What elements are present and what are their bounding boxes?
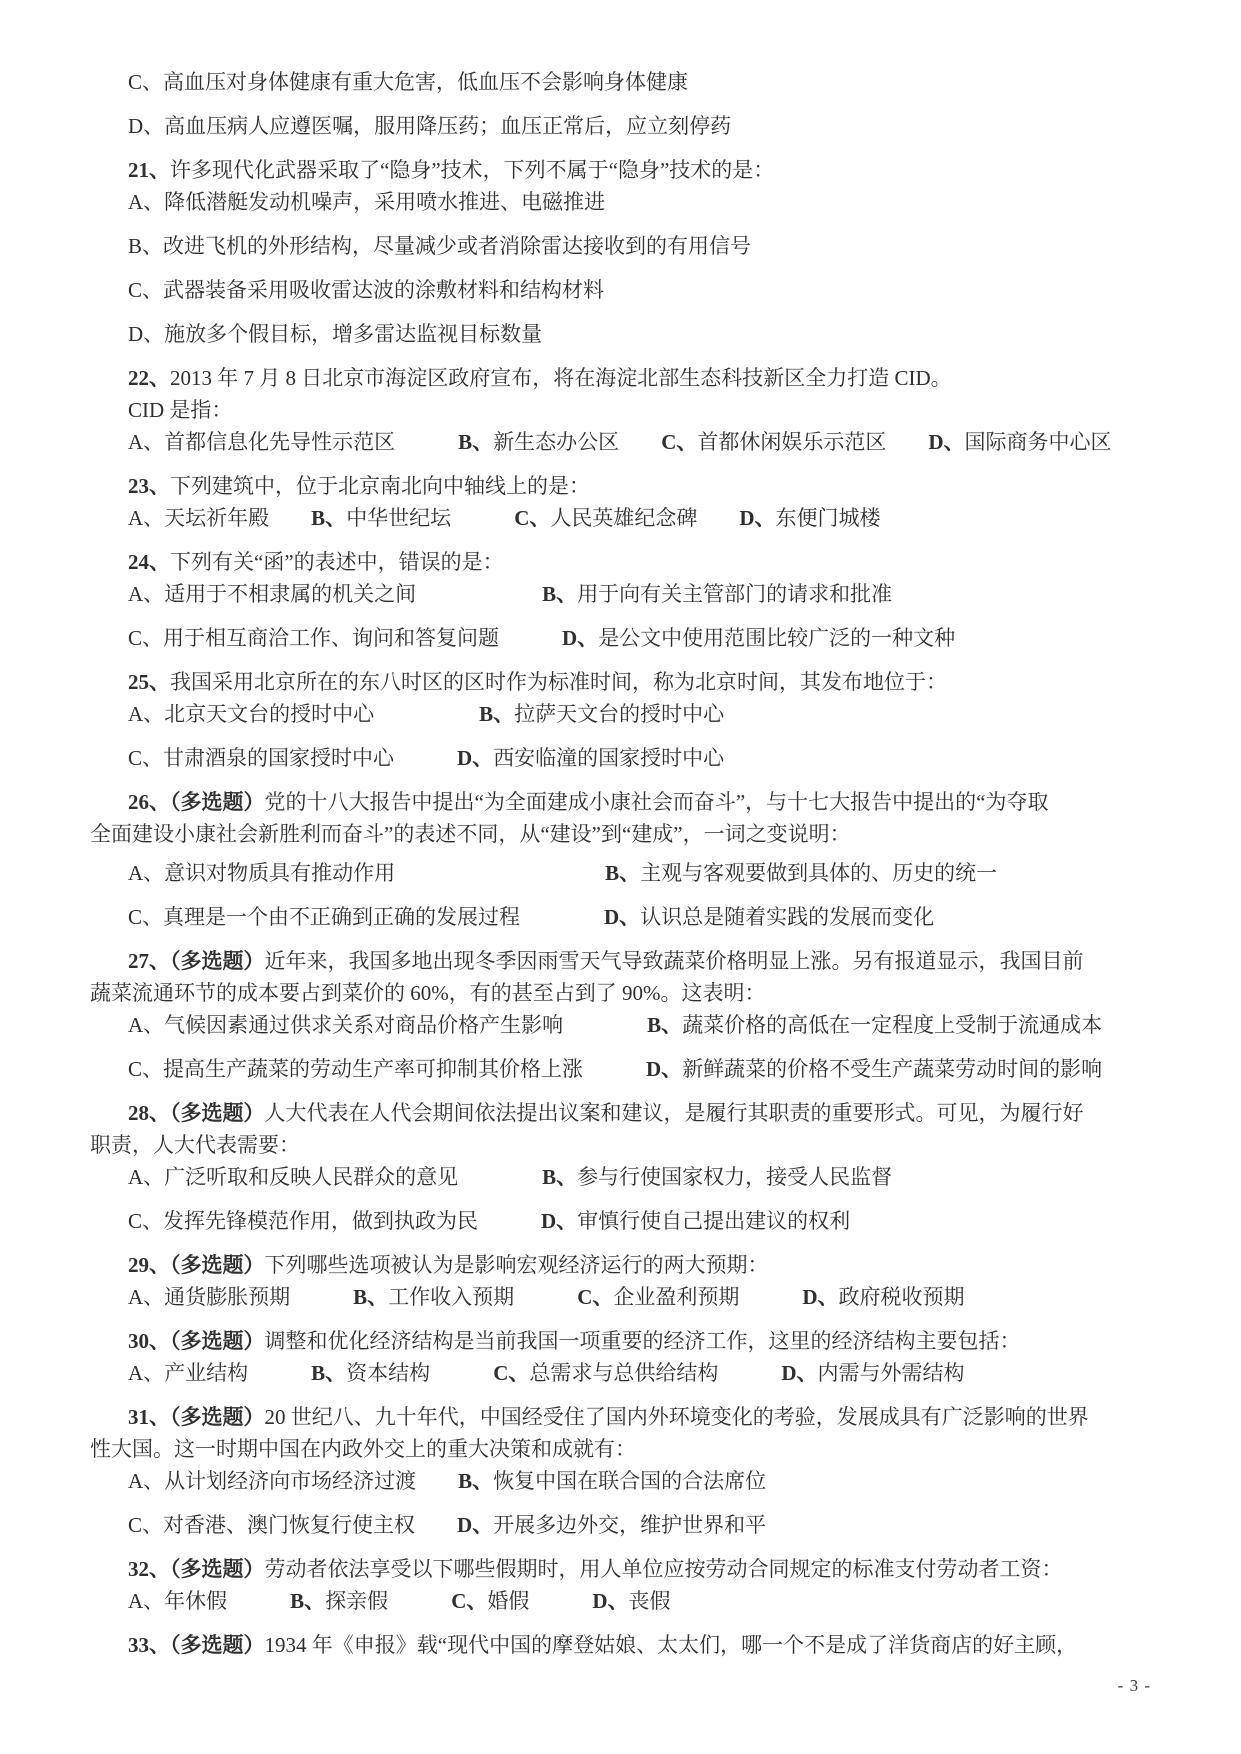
- body-text: C、真理是一个由不正确到正确的发展过程: [128, 905, 604, 929]
- body-text: 2013 年 7 月 8 日北京市海淀区政府宣布，将在海淀北部生态科技新区全力打…: [170, 366, 952, 390]
- option-line: A、北京天文台的授时中心 B、拉萨天文台的授时中心: [90, 698, 1168, 730]
- body-text: A、适用于不相隶属的机关之间: [128, 582, 542, 606]
- body-text: 东便门城楼: [776, 506, 881, 530]
- body-text: 恢复中国在联合国的合法席位: [493, 1469, 766, 1493]
- body-text: 审慎行使自己提出建议的权利: [577, 1209, 850, 1233]
- question-line: 27、（多选题）近年来，我国多地出现冬季因雨雪天气导致蔬菜价格明显上涨。另有报道…: [90, 945, 1168, 977]
- body-text: 企业盈利预期: [613, 1285, 802, 1309]
- body-text: 探亲假: [325, 1589, 451, 1613]
- option-line: C、武器装备采用吸收雷达波的涂敷材料和结构材料: [90, 274, 1168, 306]
- question-line: 22、2013 年 7 月 8 日北京市海淀区政府宣布，将在海淀北部生态科技新区…: [90, 362, 1168, 394]
- bold-text: D、: [457, 746, 493, 770]
- body-text: 下列哪些选项被认为是影响宏观经济运行的两大预期：: [265, 1253, 769, 1277]
- body-text: A、产业结构: [128, 1361, 311, 1385]
- body-text: 开展多边外交，维护世界和平: [493, 1513, 766, 1537]
- option-line: A、年休假 B、探亲假 C、婚假 D、丧假: [90, 1585, 1168, 1617]
- body-text: 丧假: [629, 1589, 671, 1613]
- body-text: A、广泛听取和反映人民群众的意见: [128, 1165, 542, 1189]
- body-text: C、高血压对身体健康有重大危害，低血压不会影响身体健康: [128, 70, 688, 94]
- body-text: 人大代表在人代会期间依法提出议案和建议，是履行其职责的重要形式。可见，为履行好: [265, 1101, 1084, 1125]
- bold-text: 26、（多选题）: [128, 790, 265, 814]
- bold-text: 22、: [128, 366, 170, 390]
- bold-text: D、: [541, 1209, 577, 1233]
- body-text: A、气候因素通过供求关系对商品价格产生影响: [128, 1013, 647, 1037]
- question-line: 26、（多选题）党的十八大报告中提出“为全面建成小康社会而奋斗”，与十七大报告中…: [90, 786, 1168, 818]
- bold-text: D、: [802, 1285, 838, 1309]
- bold-text: 29、（多选题）: [128, 1253, 265, 1277]
- bold-text: D、: [646, 1057, 682, 1081]
- bold-text: B、: [542, 1165, 577, 1189]
- exam-document-page: C、高血压对身体健康有重大危害，低血压不会影响身体健康D、高血压病人应遵医嘱，服…: [0, 0, 1241, 1754]
- body-text: 政府税收预期: [839, 1285, 965, 1309]
- bold-text: D、: [928, 430, 964, 454]
- bold-text: 31、（多选题）: [128, 1405, 265, 1429]
- question-line: 23、下列建筑中，位于北京南北向中轴线上的是：: [90, 470, 1168, 502]
- body-text: 党的十八大报告中提出“为全面建成小康社会而奋斗”，与十七大报告中提出的“为夺取: [265, 790, 1049, 814]
- body-text: 认识总是随着实践的发展而变化: [640, 905, 934, 929]
- body-text: 参与行使国家权力，接受人民监督: [577, 1165, 892, 1189]
- bold-text: B、: [311, 506, 346, 530]
- option-line: A、降低潜艇发动机噪声，采用喷水推进、电磁推进: [90, 186, 1168, 218]
- body-text: 中华世纪坛: [346, 506, 514, 530]
- document-body: C、高血压对身体健康有重大危害，低血压不会影响身体健康D、高血压病人应遵医嘱，服…: [90, 66, 1168, 1661]
- bold-text: D、: [781, 1361, 817, 1385]
- question-line: 30、（多选题）调整和优化经济结构是当前我国一项重要的经济工作，这里的经济结构主…: [90, 1325, 1168, 1357]
- option-line: B、改进飞机的外形结构，尽量减少或者消除雷达接收到的有用信号: [90, 230, 1168, 262]
- body-text: 下列建筑中，位于北京南北向中轴线上的是：: [170, 474, 590, 498]
- body-text: A、年休假: [128, 1589, 290, 1613]
- option-line: C、发挥先锋模范作用，做到执政为民 D、审慎行使自己提出建议的权利: [90, 1205, 1168, 1237]
- continuation-line: CID 是指：: [90, 394, 1168, 426]
- body-text: 总需求与总供给结构: [529, 1361, 781, 1385]
- bold-text: B、: [647, 1013, 682, 1037]
- body-text: B、改进飞机的外形结构，尽量减少或者消除雷达接收到的有用信号: [128, 234, 751, 258]
- bold-text: B、: [458, 1469, 493, 1493]
- option-line: A、天坛祈年殿 B、中华世纪坛 C、人民英雄纪念碑 D、东便门城楼: [90, 502, 1168, 534]
- option-line: D、高血压病人应遵医嘱，服用降压药；血压正常后，应立刻停药: [90, 110, 1168, 142]
- bold-text: D、: [604, 905, 640, 929]
- body-text: 性大国。这一时期中国在内政外交上的重大决策和成就有：: [90, 1437, 636, 1461]
- body-text: 用于向有关主管部门的请求和批准: [577, 582, 892, 606]
- option-line: C、甘肃酒泉的国家授时中心 D、西安临潼的国家授时中心: [90, 742, 1168, 774]
- body-text: 蔬菜价格的高低在一定程度上受制于流通成本: [682, 1013, 1102, 1037]
- bold-text: B、: [542, 582, 577, 606]
- body-text: 调整和优化经济结构是当前我国一项重要的经济工作，这里的经济结构主要包括：: [265, 1329, 1021, 1353]
- bold-text: B、: [458, 430, 493, 454]
- option-line: C、提高生产蔬菜的劳动生产率可抑制其价格上涨 D、新鲜蔬菜的价格不受生产蔬菜劳动…: [90, 1053, 1168, 1085]
- body-text: A、从计划经济向市场经济过渡: [128, 1469, 458, 1493]
- bold-text: D、: [592, 1589, 628, 1613]
- continuation-line: 职责，人大代表需要：: [90, 1129, 1168, 1161]
- body-text: 20 世纪八、九十年代，中国经受住了国内外环境变化的考验，发展成具有广泛影响的世…: [265, 1405, 1089, 1429]
- body-text: C、提高生产蔬菜的劳动生产率可抑制其价格上涨: [128, 1057, 646, 1081]
- option-line: C、高血压对身体健康有重大危害，低血压不会影响身体健康: [90, 66, 1168, 98]
- option-line: A、产业结构 B、资本结构 C、总需求与总供给结构 D、内需与外需结构: [90, 1357, 1168, 1389]
- bold-text: D、: [457, 1513, 493, 1537]
- option-line: A、适用于不相隶属的机关之间 B、用于向有关主管部门的请求和批准: [90, 578, 1168, 610]
- bold-text: C、: [577, 1285, 613, 1309]
- body-text: CID 是指：: [128, 398, 232, 422]
- option-line: C、用于相互商洽工作、询问和答复问题 D、是公文中使用范围比较广泛的一种文种: [90, 622, 1168, 654]
- option-line: A、意识对物质具有推动作用 B、主观与客观要做到具体的、历史的统一: [90, 857, 1168, 889]
- body-text: D、施放多个假目标，增多雷达监视目标数量: [128, 322, 542, 346]
- body-text: 全面建设小康社会新胜利而奋斗”的表述不同，从“建设”到“建成”，一词之变说明：: [90, 822, 851, 846]
- body-text: 许多现代化武器采取了“隐身”技术，下列不属于“隐身”技术的是：: [170, 158, 774, 182]
- option-line: A、通货膨胀预期 B、工作收入预期 C、企业盈利预期 D、政府税收预期: [90, 1281, 1168, 1313]
- body-text: A、北京天文台的授时中心: [128, 702, 479, 726]
- bold-text: B、: [353, 1285, 388, 1309]
- option-line: A、气候因素通过供求关系对商品价格产生影响 B、蔬菜价格的高低在一定程度上受制于…: [90, 1009, 1168, 1041]
- bold-text: 32、（多选题）: [128, 1557, 265, 1581]
- page-number: - 3 -: [1118, 1676, 1151, 1696]
- body-text: 我国采用北京所在的东八时区的区时作为标准时间，称为北京时间，其发布地位于：: [170, 670, 947, 694]
- body-text: 1934 年《申报》载“现代中国的摩登姑娘、太太们，哪一个不是成了洋货商店的好主…: [265, 1633, 1078, 1657]
- continuation-line: 全面建设小康社会新胜利而奋斗”的表述不同，从“建设”到“建成”，一词之变说明：: [90, 818, 1168, 850]
- option-line: D、施放多个假目标，增多雷达监视目标数量: [90, 318, 1168, 350]
- body-text: 劳动者依法享受以下哪些假期时，用人单位应按劳动合同规定的标准支付劳动者工资：: [265, 1557, 1063, 1581]
- body-text: 拉萨天文台的授时中心: [514, 702, 724, 726]
- body-text: C、武器装备采用吸收雷达波的涂敷材料和结构材料: [128, 278, 604, 302]
- body-text: 首都休闲娱乐示范区: [697, 430, 928, 454]
- bold-text: B、: [311, 1361, 346, 1385]
- body-text: 西安临潼的国家授时中心: [493, 746, 724, 770]
- bold-text: 24、: [128, 550, 170, 574]
- body-text: A、意识对物质具有推动作用: [128, 861, 605, 885]
- body-text: 职责，人大代表需要：: [90, 1133, 300, 1157]
- bold-text: C、: [661, 430, 697, 454]
- body-text: C、甘肃酒泉的国家授时中心: [128, 746, 457, 770]
- body-text: C、发挥先锋模范作用，做到执政为民: [128, 1209, 541, 1233]
- body-text: 新鲜蔬菜的价格不受生产蔬菜劳动时间的影响: [682, 1057, 1102, 1081]
- body-text: A、通货膨胀预期: [128, 1285, 353, 1309]
- bold-text: 33、（多选题）: [128, 1633, 265, 1657]
- option-line: A、广泛听取和反映人民群众的意见 B、参与行使国家权力，接受人民监督: [90, 1161, 1168, 1193]
- bold-text: C、: [451, 1589, 487, 1613]
- body-text: 近年来，我国多地出现冬季因雨雪天气导致蔬菜价格明显上涨。另有报道显示，我国目前: [265, 949, 1084, 973]
- bold-text: 27、（多选题）: [128, 949, 265, 973]
- body-text: D、高血压病人应遵医嘱，服用降压药；血压正常后，应立刻停药: [128, 114, 731, 138]
- bold-text: C、: [514, 506, 550, 530]
- bold-text: 30、（多选题）: [128, 1329, 265, 1353]
- body-text: 人民英雄纪念碑: [550, 506, 739, 530]
- body-text: A、降低潜艇发动机噪声，采用喷水推进、电磁推进: [128, 190, 605, 214]
- bold-text: 23、: [128, 474, 170, 498]
- body-text: A、首都信息化先导性示范区: [128, 430, 458, 454]
- option-line: A、从计划经济向市场经济过渡 B、恢复中国在联合国的合法席位: [90, 1465, 1168, 1497]
- bold-text: B、: [605, 861, 640, 885]
- continuation-line: 蔬菜流通环节的成本要占到菜价的 60%，有的甚至占到了 90%。这表明：: [90, 977, 1168, 1009]
- body-text: 国际商务中心区: [965, 430, 1112, 454]
- option-line: C、对香港、澳门恢复行使主权 D、开展多边外交，维护世界和平: [90, 1509, 1168, 1541]
- bold-text: 28、（多选题）: [128, 1101, 265, 1125]
- bold-text: B、: [290, 1589, 325, 1613]
- question-line: 21、许多现代化武器采取了“隐身”技术，下列不属于“隐身”技术的是：: [90, 154, 1168, 186]
- bold-text: D、: [562, 626, 598, 650]
- bold-text: C、: [493, 1361, 529, 1385]
- body-text: 是公文中使用范围比较广泛的一种文种: [598, 626, 955, 650]
- body-text: 蔬菜流通环节的成本要占到菜价的 60%，有的甚至占到了 90%。这表明：: [90, 981, 765, 1005]
- bold-text: D、: [739, 506, 775, 530]
- question-line: 24、下列有关“函”的表述中，错误的是：: [90, 546, 1168, 578]
- body-text: C、对香港、澳门恢复行使主权: [128, 1513, 457, 1537]
- body-text: 婚假: [487, 1589, 592, 1613]
- continuation-line: 性大国。这一时期中国在内政外交上的重大决策和成就有：: [90, 1433, 1168, 1465]
- option-line: C、真理是一个由不正确到正确的发展过程 D、认识总是随着实践的发展而变化: [90, 901, 1168, 933]
- question-line: 29、（多选题）下列哪些选项被认为是影响宏观经济运行的两大预期：: [90, 1249, 1168, 1281]
- bold-text: 21、: [128, 158, 170, 182]
- body-text: 新生态办公区: [493, 430, 661, 454]
- body-text: 资本结构: [346, 1361, 493, 1385]
- body-text: 主观与客观要做到具体的、历史的统一: [640, 861, 997, 885]
- body-text: 内需与外需结构: [818, 1361, 965, 1385]
- body-text: 工作收入预期: [388, 1285, 577, 1309]
- question-line: 25、我国采用北京所在的东八时区的区时作为标准时间，称为北京时间，其发布地位于：: [90, 666, 1168, 698]
- body-text: C、用于相互商洽工作、询问和答复问题: [128, 626, 562, 650]
- question-line: 28、（多选题）人大代表在人代会期间依法提出议案和建议，是履行其职责的重要形式。…: [90, 1097, 1168, 1129]
- bold-text: 25、: [128, 670, 170, 694]
- option-line: A、首都信息化先导性示范区 B、新生态办公区 C、首都休闲娱乐示范区 D、国际商…: [90, 426, 1168, 458]
- body-text: A、天坛祈年殿: [128, 506, 311, 530]
- question-line: 33、（多选题）1934 年《申报》载“现代中国的摩登姑娘、太太们，哪一个不是成…: [90, 1629, 1168, 1661]
- question-line: 31、（多选题）20 世纪八、九十年代，中国经受住了国内外环境变化的考验，发展成…: [90, 1401, 1168, 1433]
- question-line: 32、（多选题）劳动者依法享受以下哪些假期时，用人单位应按劳动合同规定的标准支付…: [90, 1553, 1168, 1585]
- body-text: 下列有关“函”的表述中，错误的是：: [170, 550, 504, 574]
- bold-text: B、: [479, 702, 514, 726]
